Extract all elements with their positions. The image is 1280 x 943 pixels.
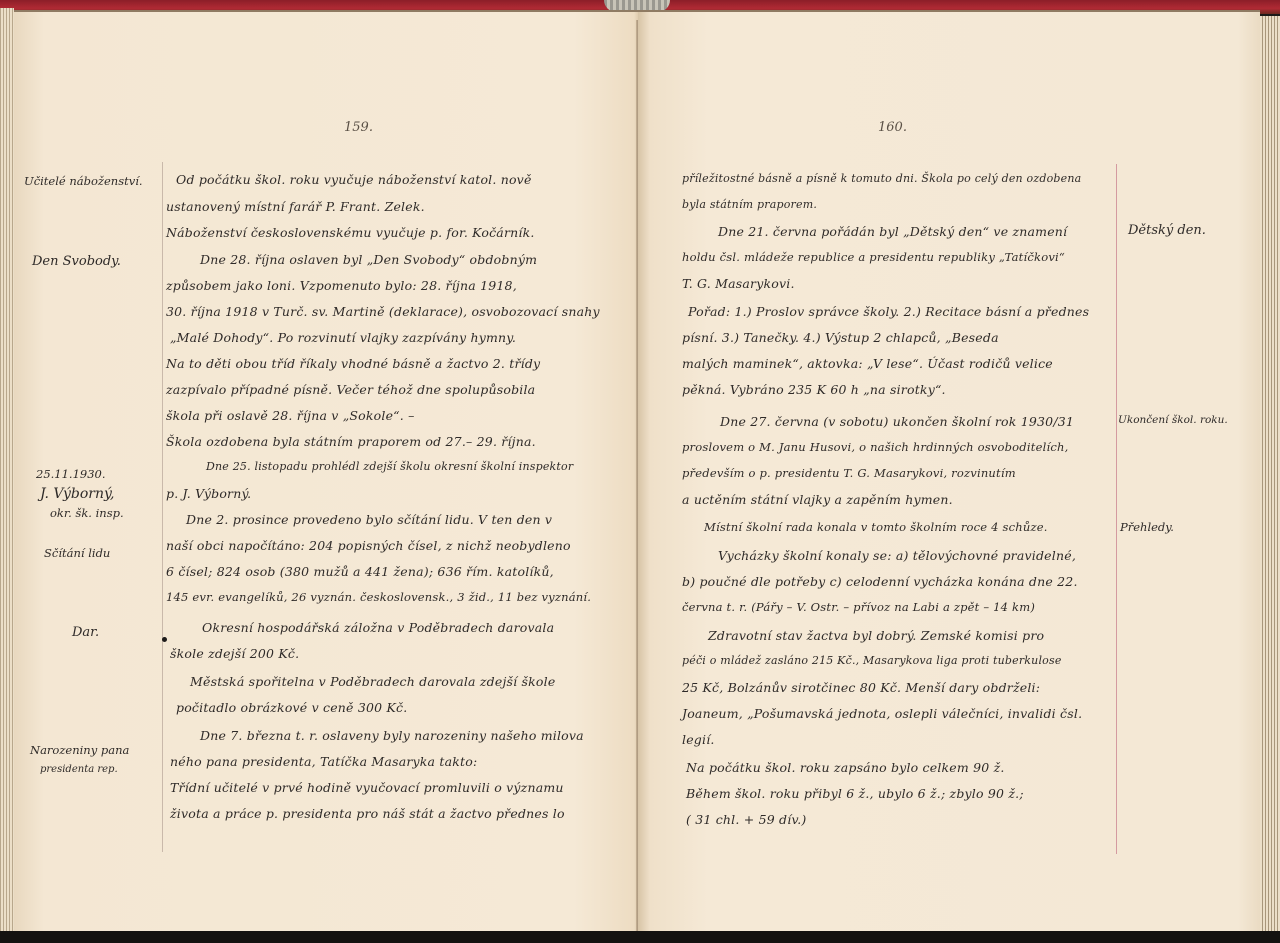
text-line: „Malé Dohody“. Po rozvinutí vlajky zazpí… bbox=[170, 330, 516, 345]
background-surface bbox=[0, 931, 1280, 943]
text-line: a uctěním státní vlajky a zapěním hymen. bbox=[682, 492, 953, 507]
text-line: Třídní učitelé v prvé hodině vyučovací p… bbox=[170, 780, 564, 795]
text-line: 25 Kč, Bolzánův sirotčinec 80 Kč. Menší … bbox=[682, 680, 1040, 695]
margin-note: Narozeniny pana bbox=[30, 743, 129, 757]
text-line: naší obci napočítáno: 204 popisných číse… bbox=[166, 538, 571, 553]
margin-note: Dar. bbox=[72, 625, 99, 640]
text-line: škole zdejší 200 Kč. bbox=[170, 646, 299, 661]
text-line: Místní školní rada konala v tomto školní… bbox=[704, 520, 1048, 534]
text-line: počitadlo obrázkové v ceně 300 Kč. bbox=[176, 700, 407, 715]
margin-note: okr. šk. insp. bbox=[50, 506, 124, 520]
margin-note: Dětský den. bbox=[1128, 223, 1206, 238]
open-book: 159. Učitelé náboženství. Den Svobody. 2… bbox=[0, 10, 1280, 931]
page-number: 159. bbox=[344, 120, 373, 135]
text-line: Na počátku škol. roku zapsáno bylo celke… bbox=[686, 760, 1005, 775]
text-line: Škola ozdobena byla státním praporem od … bbox=[166, 434, 536, 449]
text-line: především o p. presidentu T. G. Masaryko… bbox=[682, 466, 1016, 480]
text-line: zazpívalo případné písně. Večer téhož dn… bbox=[166, 382, 535, 397]
text-line: 30. října 1918 v Turč. sv. Martině (dekl… bbox=[166, 304, 600, 319]
text-line: ( 31 chl. + 59 dív.) bbox=[686, 812, 806, 827]
text-line: června t. r. (Pářy – V. Ostr. – přívoz n… bbox=[682, 600, 1035, 614]
text-line: Okresní hospodářská záložna v Poděbradec… bbox=[202, 620, 554, 635]
margin-note: Ukončení škol. roku. bbox=[1118, 414, 1228, 426]
margin-note: Den Svobody. bbox=[32, 254, 121, 269]
text-line: Dne 25. listopadu prohlédl zdejší školu … bbox=[206, 460, 573, 473]
text-line: písní. 3.) Tanečky. 4.) Výstup 2 chlapců… bbox=[682, 330, 999, 345]
margin-note: Učitelé náboženství. bbox=[24, 174, 143, 188]
text-line: ného pana presidenta, Tatíčka Masaryka t… bbox=[170, 754, 477, 769]
text-line: T. G. Masarykovi. bbox=[682, 276, 795, 291]
text-line: Vycházky školní konaly se: a) tělovýchov… bbox=[718, 548, 1076, 563]
text-line: Joaneum, „Pošumavská jednota, oslepli vá… bbox=[682, 706, 1082, 721]
text-line: Dne 28. října oslaven byl „Den Svobody“ … bbox=[200, 252, 537, 267]
margin-note: Přehledy. bbox=[1120, 520, 1174, 534]
text-line: p. J. Výborný. bbox=[166, 486, 251, 501]
text-line: Během škol. roku přibyl 6 ž., ubylo 6 ž.… bbox=[686, 786, 1024, 801]
text-line: Na to děti obou tříd říkaly vhodné básně… bbox=[166, 356, 540, 371]
text-line: péči o mládež zasláno 215 Kč., Masarykov… bbox=[682, 654, 1062, 667]
text-line: ustanovený místní farář P. Frant. Zelek. bbox=[166, 199, 425, 214]
text-line: příležitostné básně a písně k tomuto dni… bbox=[682, 172, 1081, 185]
text-line: 6 čísel; 824 osob (380 mužů a 441 žena);… bbox=[166, 564, 554, 579]
text-line: 145 evr. evangelíků, 26 vyznán. českoslo… bbox=[166, 590, 591, 604]
text-line: Náboženství československému vyučuje p. … bbox=[166, 225, 535, 240]
right-page: 160. Dětský den. Ukončení škol. roku. Př… bbox=[638, 10, 1260, 931]
margin-note: J. Výborný, bbox=[40, 486, 114, 502]
ink-blot bbox=[162, 637, 167, 642]
margin-note: Sčítání lidu bbox=[44, 546, 110, 560]
margin-note: 25.11.1930. bbox=[36, 467, 106, 481]
text-line: holdu čsl. mládeže republice a president… bbox=[682, 250, 1065, 264]
text-line: škola při oslavě 28. října v „Sokole“. – bbox=[166, 408, 415, 423]
text-line: Od počátku škol. roku vyučuje náboženstv… bbox=[176, 172, 532, 187]
text-line: Pořad: 1.) Proslov správce školy. 2.) Re… bbox=[688, 304, 1089, 319]
margin-rule bbox=[162, 162, 163, 852]
text-line: proslovem o M. Janu Husovi, o našich hrd… bbox=[682, 440, 1068, 454]
text-line: byla státním praporem. bbox=[682, 198, 817, 211]
text-line: legií. bbox=[682, 732, 715, 747]
margin-rule bbox=[1116, 164, 1117, 854]
page-number: 160. bbox=[878, 120, 907, 135]
text-line: Dne 7. března t. r. oslaveny byly naroze… bbox=[200, 728, 584, 743]
text-line: malých maminek“, aktovka: „V lese“. Účas… bbox=[682, 356, 1053, 371]
text-line: života a práce p. presidenta pro náš stá… bbox=[170, 806, 565, 821]
text-line: Dne 2. prosince provedeno bylo sčítání l… bbox=[186, 512, 552, 527]
text-line: Dne 27. června (v sobotu) ukončen školní… bbox=[720, 414, 1074, 429]
left-page: 159. Učitelé náboženství. Den Svobody. 2… bbox=[14, 10, 640, 931]
margin-note: presidenta rep. bbox=[40, 764, 118, 775]
text-line: Městská spořitelna v Poděbradech daroval… bbox=[190, 674, 555, 689]
text-line: Zdravotní stav žactva byl dobrý. Zemské … bbox=[708, 628, 1044, 643]
text-line: Dne 21. června pořádán byl „Dětský den“ … bbox=[718, 224, 1067, 239]
text-line: způsobem jako loni. Vzpomenuto bylo: 28.… bbox=[166, 278, 517, 293]
text-line: b) poučné dle potřeby c) celodenní vychá… bbox=[682, 574, 1078, 589]
text-line: pěkná. Vybráno 235 K 60 h „na sirotky“. bbox=[682, 382, 946, 397]
